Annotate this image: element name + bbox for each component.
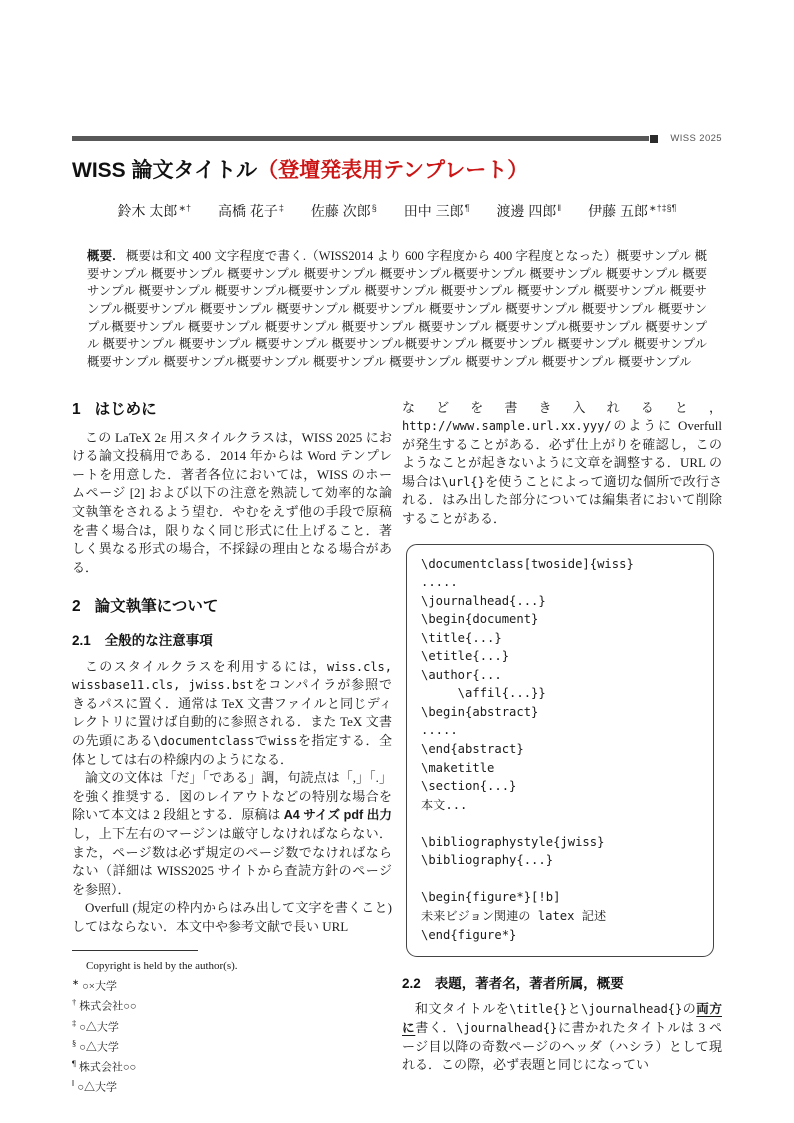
- section-title: 表題，著者名，著者所属，概要: [435, 976, 624, 991]
- footnote-mark: †: [72, 997, 76, 1007]
- author-name: 渡邊 四郎: [497, 203, 557, 219]
- section-2-heading: 2論文執筆について: [72, 596, 392, 618]
- footnote-item: ‖○△大学: [72, 1077, 392, 1097]
- section-number: 2.1: [72, 633, 91, 648]
- author-affil-marks: ∗†: [178, 203, 191, 213]
- right-column: などを書き入れると，http://www.sample.url.xx.yyy/の…: [402, 399, 722, 1098]
- author-list: 鈴木 太郎∗† 高橋 花子‡ 佐藤 次郎§ 田中 三郎¶ 渡邊 四郎‖ 伊藤 五…: [72, 201, 722, 221]
- paper-title-red: （登壇発表用テンプレート）: [257, 159, 528, 182]
- section-title: 全般的な注意事項: [105, 633, 213, 648]
- section-title: はじめに: [95, 401, 157, 418]
- section-1-heading: 1はじめに: [72, 399, 392, 421]
- footnote-item: †株式会社○○: [72, 996, 392, 1016]
- footnote-item: §○△大学: [72, 1037, 392, 1057]
- general-notes-paragraph-3: Overfull (規定の枠内からはみ出して文字を書くこと) してはならない．本…: [72, 899, 392, 936]
- author-name: 田中 三郎: [404, 203, 464, 219]
- footnote-item: ∗○×大学: [72, 976, 392, 996]
- paper-page: WISS 2025 WISS 論文タイトル（登壇発表用テンプレート） 鈴木 太郎…: [0, 0, 794, 1123]
- author-affil-marks: §: [372, 203, 377, 213]
- footnote-item: ¶株式会社○○: [72, 1057, 392, 1077]
- section-2-1-heading: 2.1全般的な注意事項: [72, 631, 392, 650]
- footnote-text: 株式会社○○: [79, 1062, 136, 1074]
- footnote-text: ○×大学: [82, 981, 117, 993]
- general-notes-paragraph-2: 論文の文体は「だ」「である」調，句読点は「,」「.」を強く推奨する．図のレイアウ…: [72, 769, 392, 899]
- author-name: 佐藤 次郎: [311, 203, 371, 219]
- general-notes-paragraph-1: このスタイルクラスを利用するには，wiss.cls, wissbase11.cl…: [72, 658, 392, 769]
- author-1: 鈴木 太郎∗†: [118, 201, 191, 221]
- paper-title: WISS 論文タイトル（登壇発表用テンプレート）: [72, 158, 722, 184]
- author-name: 鈴木 太郎: [118, 203, 178, 219]
- section-number: 2: [72, 598, 81, 615]
- footnote-mark: ∗: [72, 977, 79, 987]
- abstract: 概要.概要は和文 400 文字程度で書く.（WISS2014 より 600 字程…: [72, 248, 722, 371]
- author-affil-marks: ¶: [465, 203, 470, 213]
- footnotes: Copyright is held by the author(s). ∗○×大…: [72, 950, 392, 1097]
- header-rule: WISS 2025: [72, 133, 722, 144]
- author-affil-marks: ∗†‡§¶: [649, 203, 676, 213]
- header-bar-end-square: [650, 135, 658, 143]
- section-number: 2.2: [402, 976, 421, 991]
- abstract-label: 概要.: [87, 249, 116, 263]
- latex-template-code-box: \documentclass[twoside]{wiss} ..... \jou…: [406, 544, 714, 957]
- footnote-item: ‡○△大学: [72, 1017, 392, 1037]
- section-2-2-heading: 2.2表題，著者名，著者所属，概要: [402, 974, 722, 993]
- intro-paragraph: この LaTeX 2ε 用スタイルクラスは，WISS 2025 における論文投稿…: [72, 429, 392, 578]
- footnote-text: 株式会社○○: [79, 1001, 136, 1013]
- footnote-mark: ‡: [72, 1018, 76, 1028]
- author-5: 渡邊 四郎‖: [497, 201, 562, 221]
- section-number: 1: [72, 401, 81, 418]
- author-name: 高橋 花子: [218, 203, 278, 219]
- footnote-rule: [72, 950, 198, 951]
- section-title: 論文執筆について: [95, 598, 219, 615]
- footnote-mark: §: [72, 1038, 76, 1048]
- title-authors-paragraph: 和文タイトルを\title{}と\journalhead{}の両方に書く．\jo…: [402, 1000, 722, 1074]
- paper-title-main: WISS 論文タイトル: [72, 159, 257, 182]
- copyright-notice: Copyright is held by the author(s).: [72, 958, 392, 976]
- author-4: 田中 三郎¶: [404, 201, 470, 221]
- author-affil-marks: ‡: [279, 203, 284, 213]
- conference-label: WISS 2025: [670, 133, 722, 144]
- author-affil-marks: ‖: [557, 203, 561, 213]
- author-2: 高橋 花子‡: [218, 201, 284, 221]
- footnote-text: ○△大学: [79, 1021, 119, 1033]
- two-column-body: 1はじめに この LaTeX 2ε 用スタイルクラスは，WISS 2025 にお…: [72, 399, 722, 1098]
- author-6: 伊藤 五郎∗†‡§¶: [588, 201, 676, 221]
- abstract-text: 概要は和文 400 文字程度で書く.（WISS2014 より 600 字程度から…: [87, 249, 707, 369]
- footnote-mark: ‖: [72, 1078, 74, 1088]
- header-bar: [72, 136, 649, 141]
- author-name: 伊藤 五郎: [588, 203, 648, 219]
- footnote-text: ○△大学: [77, 1082, 117, 1094]
- overfull-paragraph: などを書き入れると，http://www.sample.url.xx.yyy/の…: [402, 399, 722, 529]
- footnote-text: ○△大学: [79, 1041, 119, 1053]
- footnote-mark: ¶: [72, 1058, 76, 1068]
- left-column: 1はじめに この LaTeX 2ε 用スタイルクラスは，WISS 2025 にお…: [72, 399, 392, 1098]
- author-3: 佐藤 次郎§: [311, 201, 377, 221]
